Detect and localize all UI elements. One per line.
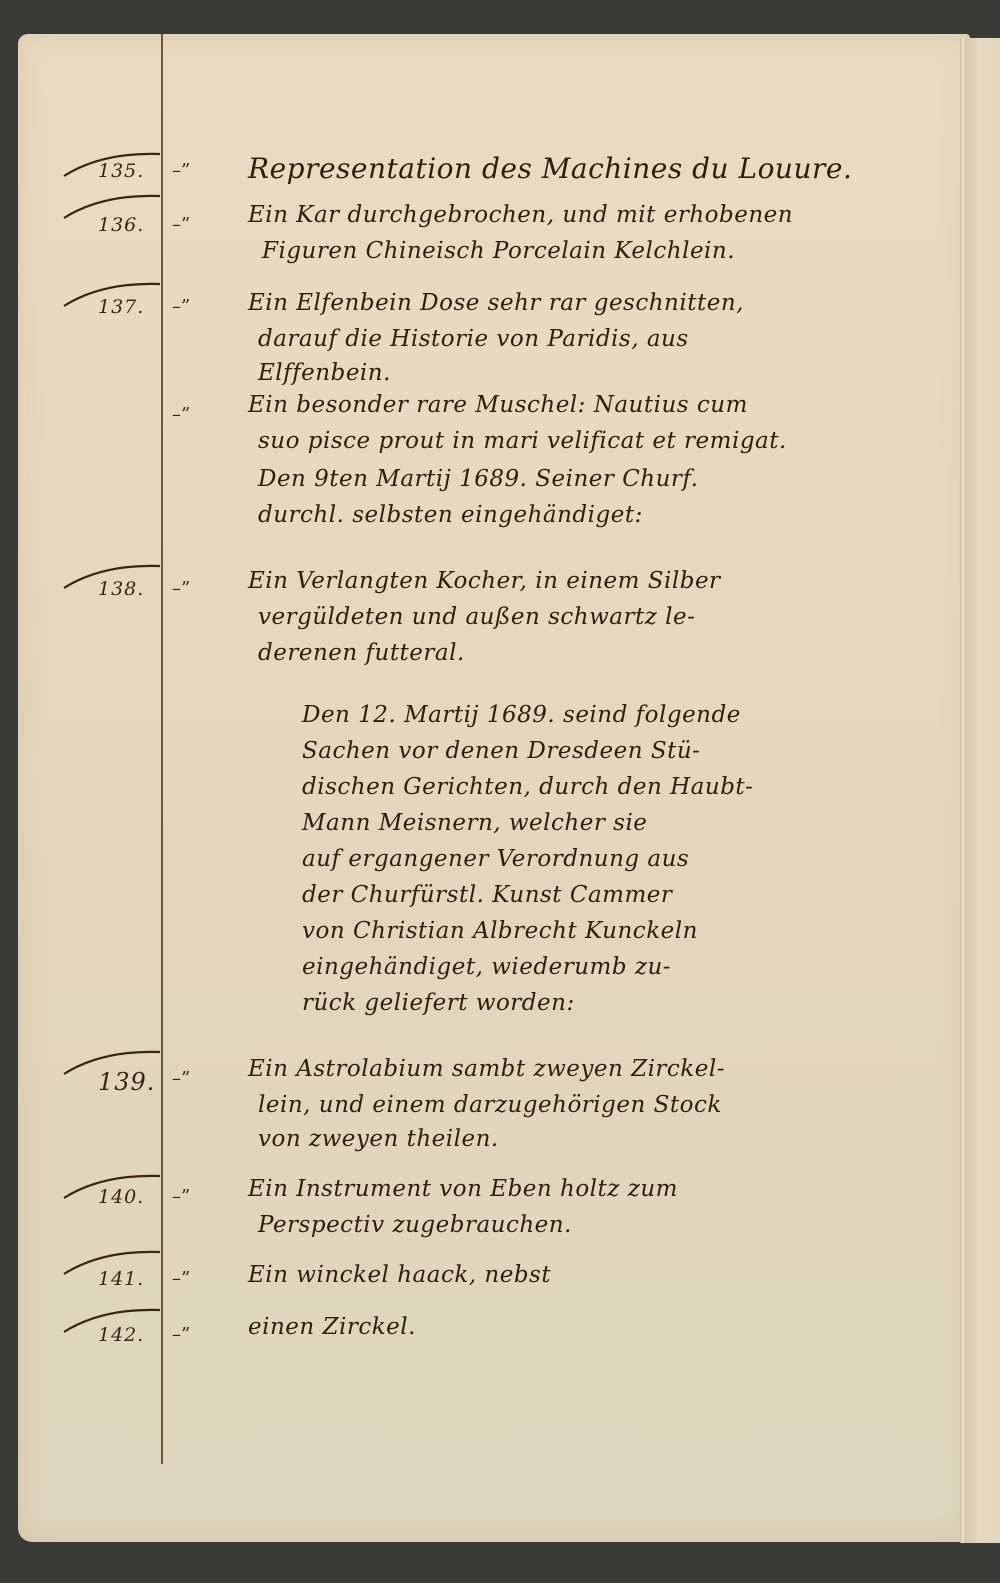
note-text: Mann Meisnern, welcher sie	[302, 810, 647, 836]
note-text: rück geliefert worden:	[302, 990, 575, 1016]
margin-rule	[161, 34, 163, 1464]
entry-number: 138.	[98, 578, 160, 600]
note-text: Sachen vor denen Dresdeen Stü-	[302, 738, 700, 764]
entry-text: suo pisce prout in mari velificat et rem…	[258, 428, 787, 454]
entry-text: lein, und einem darzugehörigen Stock	[258, 1092, 722, 1118]
entry-text: Perspectiv zugebrauchen.	[258, 1212, 572, 1238]
entry-text: einen Zirckel.	[248, 1314, 416, 1340]
entry-text: darauf die Historie von Paridis, aus	[258, 326, 689, 352]
entry-number: 139.	[98, 1068, 160, 1096]
note-text: Den 12. Martij 1689. seind folgende	[302, 702, 741, 728]
ditto-mark: –”	[172, 578, 190, 599]
ditto-mark: –”	[172, 1324, 190, 1345]
entry-text: Elffenbein.	[258, 360, 391, 386]
entry-text: Ein Kar durchgebrochen, und mit erhobene…	[248, 202, 793, 228]
entry-number: 140.	[98, 1186, 160, 1208]
entry-text: Ein Verlangten Kocher, in einem Silber	[248, 568, 721, 594]
facing-page-edge	[966, 38, 1000, 1543]
entry-number: 137.	[98, 296, 160, 318]
entry-text: vergüldeten und außen schwartz le-	[258, 604, 695, 630]
note-text: auf ergangener Verordnung aus	[302, 846, 689, 872]
note-text: eingehändiget, wiederumb zu-	[302, 954, 671, 980]
entry-number: 135.	[98, 160, 160, 182]
note-text: dischen Gerichten, durch den Haubt-	[302, 774, 753, 800]
entry-text: Den 9ten Martij 1689. Seiner Churf.	[258, 466, 698, 492]
entry-number: 136.	[98, 214, 160, 236]
ditto-mark: –”	[172, 1186, 190, 1207]
entry-text: derenen futteral.	[258, 640, 465, 666]
entry-text: Figuren Chineisch Porcelain Kelchlein.	[262, 238, 735, 264]
entry-text: Ein besonder rare Muschel: Nautius cum	[248, 392, 748, 418]
entry-number: 141.	[98, 1268, 160, 1290]
entry-text: durchl. selbsten eingehändiget:	[258, 502, 643, 528]
ditto-mark: –”	[172, 160, 190, 181]
entry-text: Representation des Machines du Louure.	[248, 152, 852, 185]
ditto-mark: –”	[172, 1268, 190, 1289]
entry-text: von zweyen theilen.	[258, 1126, 499, 1152]
note-text: von Christian Albrecht Kunckeln	[302, 918, 698, 944]
entry-text: Ein Astrolabium sambt zweyen Zirckel-	[248, 1056, 725, 1082]
entry-text: Ein Elfenbein Dose sehr rar geschnitten,	[248, 290, 744, 316]
entry-text: Ein winckel haack, nebst	[248, 1262, 551, 1288]
ditto-mark: –”	[172, 1068, 190, 1089]
entry-text: Ein Instrument von Eben holtz zum	[248, 1176, 678, 1202]
entry-number: 142.	[98, 1324, 160, 1346]
ditto-mark: –”	[172, 214, 190, 235]
ditto-mark: –”	[172, 404, 190, 425]
note-text: der Churfürstl. Kunst Cammer	[302, 882, 672, 908]
ditto-mark: –”	[172, 296, 190, 317]
